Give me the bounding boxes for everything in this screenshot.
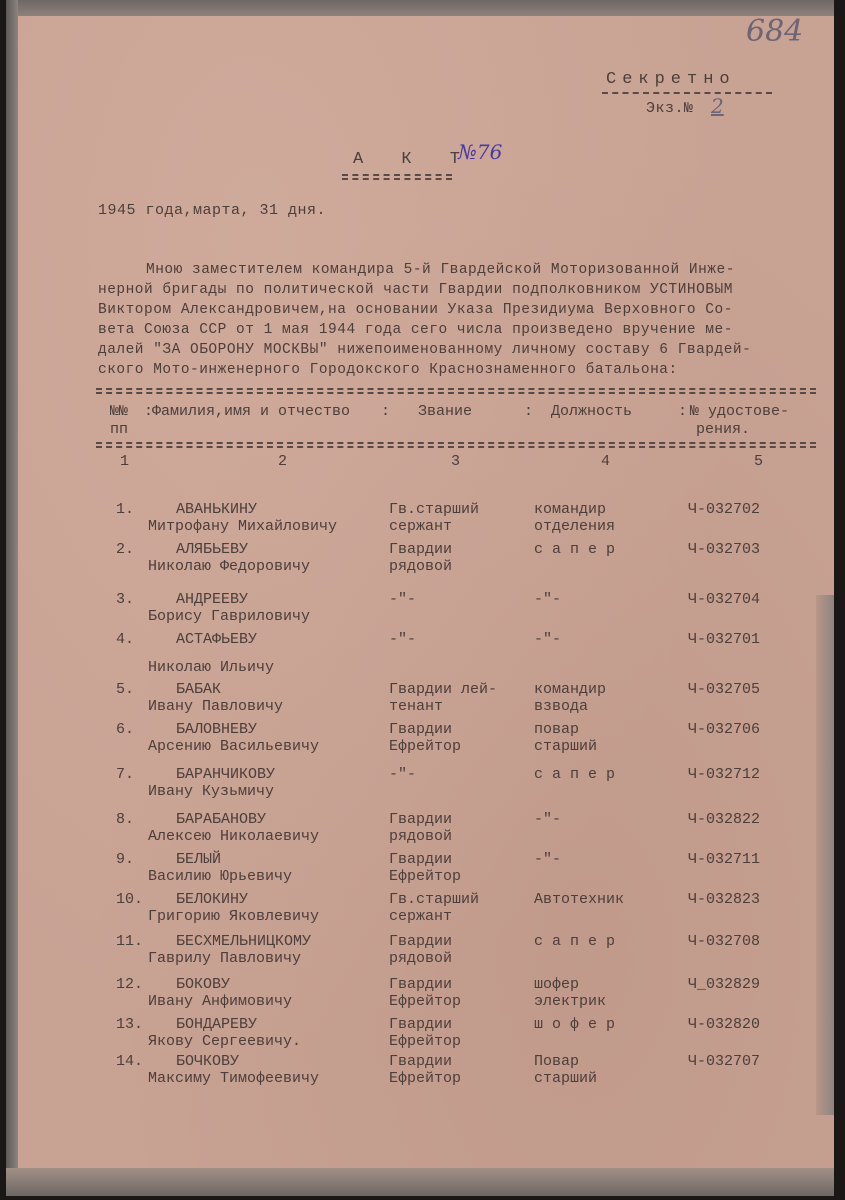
row-number: 8. xyxy=(116,810,134,829)
table-row: 2.АЛЯБЬЕВУНиколаю ФедоровичуГвардиирядов… xyxy=(6,540,834,580)
table-row: 13.БОНДАРЕВУЯкову Сергеевичу.ГвардииЕфре… xyxy=(6,1015,834,1055)
row-given-names: Василию Юрьевичу xyxy=(148,867,292,886)
row-certificate-number: Ч-032703 xyxy=(688,540,760,559)
header-rank: Звание xyxy=(418,403,472,420)
row-position-line-2: старший xyxy=(534,1069,597,1088)
row-certificate-number: Ч-032711 xyxy=(688,850,760,869)
body-line-3: Виктором Александровичем,на основании Ук… xyxy=(98,302,733,318)
row-position-line-1: с а п е р xyxy=(534,540,615,559)
secrecy-underline xyxy=(602,92,772,94)
act-number-stamp: №76 xyxy=(458,140,502,164)
row-certificate-number: Ч_032829 xyxy=(688,975,760,994)
row-certificate-number: Ч-032705 xyxy=(688,680,760,699)
col-number-1: 1 xyxy=(120,453,129,470)
body-line-5: далей "ЗА ОБОРОНУ МОСКВЫ" нижепоименован… xyxy=(98,342,751,358)
row-rank-line-2: Ефрейтор xyxy=(389,992,461,1011)
row-certificate-number: Ч-032712 xyxy=(688,765,760,784)
row-rank-line-1: -"- xyxy=(389,765,416,784)
row-rank-line-2: сержант xyxy=(389,907,452,926)
row-certificate-number: Ч-032820 xyxy=(688,1015,760,1034)
row-rank-line-2: Ефрейтор xyxy=(389,867,461,886)
row-rank-line-2: рядовой xyxy=(389,949,452,968)
body-line-1: Мною заместителем командира 5-й Гвардейс… xyxy=(146,262,735,278)
row-given-names: Алексею Николаевичу xyxy=(148,827,319,846)
row-surname: АСТАФЬЕВУ xyxy=(176,630,257,649)
header-num: №№ xyxy=(110,403,128,420)
row-given-names: Гаврилу Павловичу xyxy=(148,949,301,968)
row-number: 4. xyxy=(116,630,134,649)
row-rank-line-2: сержант xyxy=(389,517,452,536)
header-cert-2: рения. xyxy=(696,421,750,438)
table-mid-rule xyxy=(96,442,816,448)
row-given-names: Николаю Ильичу xyxy=(148,658,274,677)
row-position-line-1: с а п е р xyxy=(534,765,615,784)
header-name: Фамилия,имя и отчество xyxy=(152,403,350,420)
col-number-2: 2 xyxy=(278,453,287,470)
document-title: А К Т xyxy=(353,150,474,169)
row-rank-line-1: -"- xyxy=(389,590,416,609)
row-rank-line-2: тенант xyxy=(389,697,443,716)
table-row: 7.БАРАНЧИКОВУИвану Кузьмичу-"-с а п е рЧ… xyxy=(6,765,834,805)
row-position-line-2: взвода xyxy=(534,697,588,716)
table-row: 5.БАБАКИвану ПавловичуГвардии лей-тенант… xyxy=(6,680,834,720)
row-given-names: Борису Гавриловичу xyxy=(148,607,310,626)
row-position-line-1: -"- xyxy=(534,630,561,649)
table-row: 1.АВАНЬКИНУМитрофану МихайловичуГв.старш… xyxy=(6,500,834,540)
table-row: 4.АСТАФЬЕВУНиколаю Ильичу-"--"-Ч-032701 xyxy=(6,630,834,670)
row-certificate-number: Ч-032704 xyxy=(688,590,760,609)
row-number: 9. xyxy=(116,850,134,869)
row-rank-line-2: рядовой xyxy=(389,557,452,576)
row-rank-line-2: рядовой xyxy=(389,827,452,846)
table-top-rule xyxy=(96,388,816,394)
row-given-names: Якову Сергеевичу. xyxy=(148,1032,301,1051)
copy-label: Экз.№ xyxy=(646,100,694,117)
col-number-4: 4 xyxy=(601,453,610,470)
header-num-2: пп xyxy=(110,421,128,438)
row-rank-line-2: Ефрейтор xyxy=(389,737,461,756)
row-number: 3. xyxy=(116,590,134,609)
body-line-2: нерной бригады по политической части Гва… xyxy=(98,282,733,298)
row-rank-line-1: -"- xyxy=(389,630,416,649)
header-sep: : xyxy=(678,403,687,420)
row-number: 7. xyxy=(116,765,134,784)
row-certificate-number: Ч-032823 xyxy=(688,890,760,909)
row-number: 13. xyxy=(116,1015,143,1034)
row-given-names: Ивану Анфимовичу xyxy=(148,992,292,1011)
row-given-names: Григорию Яковлевичу xyxy=(148,907,319,926)
row-position-line-1: -"- xyxy=(534,590,561,609)
row-given-names: Ивану Павловичу xyxy=(148,697,283,716)
table-row: 10.БЕЛОКИНУГригорию ЯковлевичуГв.старший… xyxy=(6,890,834,930)
row-certificate-number: Ч-032701 xyxy=(688,630,760,649)
row-number: 6. xyxy=(116,720,134,739)
col-number-3: 3 xyxy=(451,453,460,470)
row-position-line-2: старший xyxy=(534,737,597,756)
row-position-line-1: с а п е р xyxy=(534,932,615,951)
row-number: 11. xyxy=(116,932,143,951)
row-certificate-number: Ч-032708 xyxy=(688,932,760,951)
row-given-names: Митрофану Михайловичу xyxy=(148,517,337,536)
secrecy-label: Секретно xyxy=(606,70,736,89)
row-number: 10. xyxy=(116,890,143,909)
archive-page-number: 684 xyxy=(746,14,803,49)
table-row: 6.БАЛОВНЕВУАрсению ВасильевичуГвардииЕфр… xyxy=(6,720,834,760)
header-sep: : xyxy=(524,403,533,420)
paper-bottom-edge xyxy=(6,1168,834,1196)
table-row: 11.БЕСХМЕЛЬНИЦКОМУГаврилу ПавловичуГвард… xyxy=(6,932,834,972)
col-number-5: 5 xyxy=(754,453,763,470)
paper-top-edge xyxy=(6,0,834,16)
row-position-line-1: -"- xyxy=(534,810,561,829)
row-given-names: Арсению Васильевичу xyxy=(148,737,319,756)
row-position-line-1: Автотехник xyxy=(534,890,624,909)
table-row: 12.БОКОВУИвану АнфимовичуГвардииЕфрейтор… xyxy=(6,975,834,1015)
document-page: 684 Секретно Экз.№ 2 А К Т №76 1945 года… xyxy=(6,0,834,1196)
row-number: 2. xyxy=(116,540,134,559)
row-position-line-2: отделения xyxy=(534,517,615,536)
table-row: 8.БАРАБАНОВУАлексею НиколаевичуГвардииря… xyxy=(6,810,834,850)
table-row: 3.АНДРЕЕВУБорису Гавриловичу-"--"-Ч-0327… xyxy=(6,590,834,630)
row-certificate-number: Ч-032702 xyxy=(688,500,760,519)
table-row: 9.БЕЛЫЙВасилию ЮрьевичуГвардииЕфрейтор-"… xyxy=(6,850,834,890)
row-certificate-number: Ч-032706 xyxy=(688,720,760,739)
row-certificate-number: Ч-032707 xyxy=(688,1052,760,1071)
header-position: Должность xyxy=(551,403,632,420)
header-cert: № удостове- xyxy=(690,403,789,420)
copy-number: 2 xyxy=(711,94,724,118)
row-number: 1. xyxy=(116,500,134,519)
row-position-line-2: электрик xyxy=(534,992,606,1011)
row-given-names: Максиму Тимофеевичу xyxy=(148,1069,319,1088)
date-line: 1945 года,марта, 31 дня. xyxy=(98,202,326,219)
row-number: 5. xyxy=(116,680,134,699)
row-rank-line-2: Ефрейтор xyxy=(389,1032,461,1051)
title-underline xyxy=(342,174,452,180)
row-rank-line-2: Ефрейтор xyxy=(389,1069,461,1088)
row-certificate-number: Ч-032822 xyxy=(688,810,760,829)
row-number: 12. xyxy=(116,975,143,994)
row-position-line-1: ш о ф е р xyxy=(534,1015,615,1034)
table-row: 14.БОЧКОВУМаксиму ТимофеевичуГвардииЕфре… xyxy=(6,1052,834,1092)
header-sep: : xyxy=(381,403,390,420)
row-position-line-1: -"- xyxy=(534,850,561,869)
row-number: 14. xyxy=(116,1052,143,1071)
body-line-6: ского Мото-инженерного Городокского Крас… xyxy=(98,362,678,378)
row-given-names: Ивану Кузьмичу xyxy=(148,782,274,801)
body-line-4: вета Союза ССР от 1 мая 1944 года сего ч… xyxy=(98,322,733,338)
row-given-names: Николаю Федоровичу xyxy=(148,557,310,576)
